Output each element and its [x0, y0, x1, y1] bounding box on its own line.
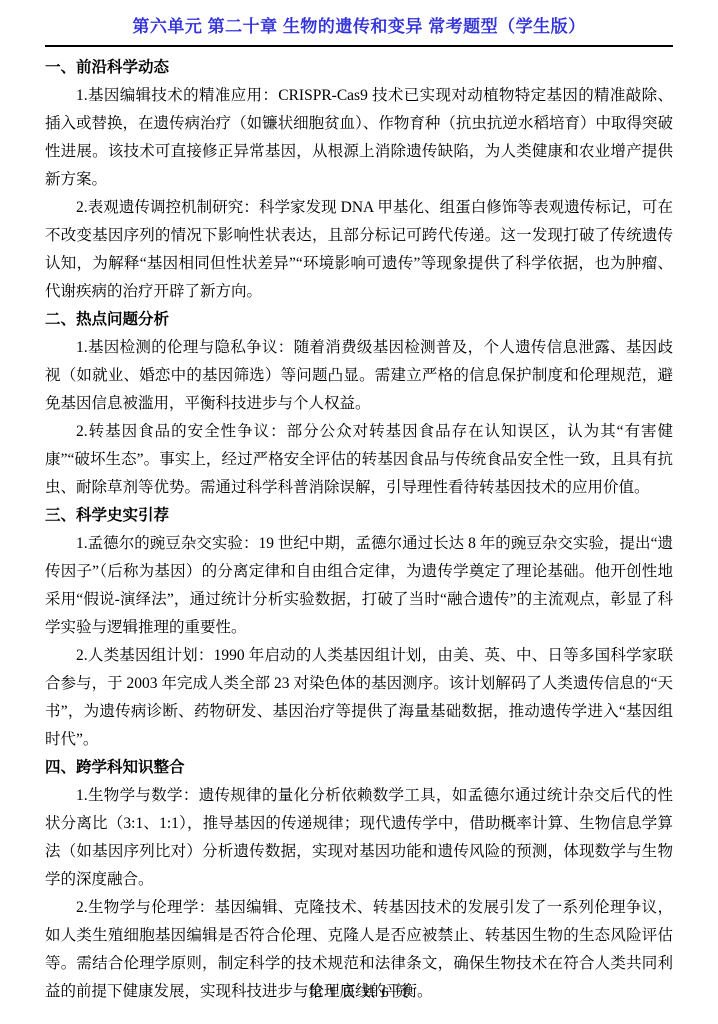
section-heading-1: 一、前沿科学动态: [45, 54, 673, 82]
paragraph: 2.转基因食品的安全性争议：部分公众对转基因食品存在认知误区，认为其“有害健康”…: [45, 418, 673, 502]
section-interdisciplinary: 四、跨学科知识整合 1.生物学与数学：遗传规律的量化分析依赖数学工具，如孟德尔通…: [45, 754, 673, 1006]
section-frontier-science: 一、前沿科学动态 1.基因编辑技术的精准应用：CRISPR-Cas9 技术已实现…: [45, 54, 673, 306]
section-heading-4: 四、跨学科知识整合: [45, 754, 673, 782]
paragraph: 1.生物学与数学：遗传规律的量化分析依赖数学工具，如孟德尔通过统计杂交后代的性状…: [45, 782, 673, 894]
paragraph: 1.基因编辑技术的精准应用：CRISPR-Cas9 技术已实现对动植物特定基因的…: [45, 82, 673, 194]
title-divider: [45, 45, 673, 47]
paragraph: 2.人类基因组计划：1990 年启动的人类基因组计划，由美、英、中、日等多国科学…: [45, 642, 673, 754]
section-heading-3: 三、科学史实引荐: [45, 502, 673, 530]
paragraph: 1.基因检测的伦理与隐私争议：随着消费级基因检测普及，个人遗传信息泄露、基因歧视…: [45, 334, 673, 418]
paragraph: 1.孟德尔的豌豆杂交实验：19 世纪中期，孟德尔通过长达 8 年的豌豆杂交实验，…: [45, 530, 673, 642]
section-science-history: 三、科学史实引荐 1.孟德尔的豌豆杂交实验：19 世纪中期，孟德尔通过长达 8 …: [45, 502, 673, 754]
section-hot-issues: 二、热点问题分析 1.基因检测的伦理与隐私争议：随着消费级基因检测普及，个人遗传…: [45, 306, 673, 502]
paragraph: 2.表观遗传调控机制研究：科学家发现 DNA 甲基化、组蛋白修饰等表观遗传标记，…: [45, 194, 673, 306]
section-heading-2: 二、热点问题分析: [45, 306, 673, 334]
document-page: 第六单元 第二十章 生物的遗传和变异 常考题型（学生版） 一、前沿科学动态 1.…: [0, 0, 718, 1024]
document-title: 第六单元 第二十章 生物的遗传和变异 常考题型（学生版）: [45, 14, 673, 40]
page-number: 第 1 页 共 6 页: [0, 981, 718, 1002]
